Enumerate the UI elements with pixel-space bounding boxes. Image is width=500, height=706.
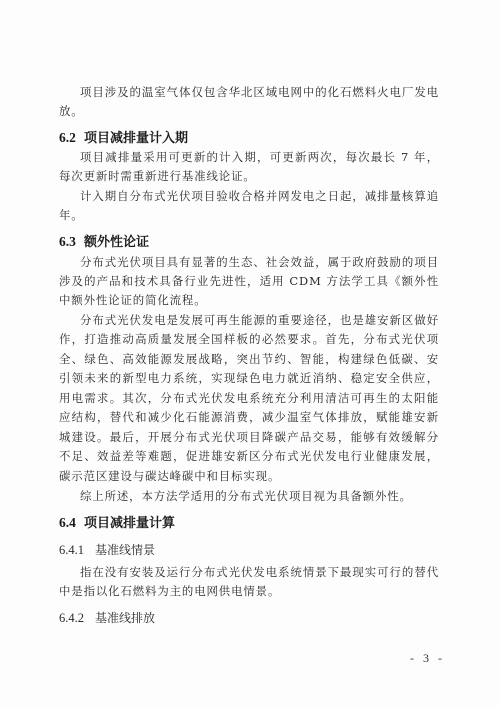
paragraph-line: 碳示范区建设与碳达峰碳中和目标实现。 bbox=[59, 469, 439, 483]
section-title: 项目减排量计入期 bbox=[84, 131, 188, 146]
paragraph-line: 用电需求。其次，分布式光伏发电系统充分利用清洁可再生的太阳能资源，优化能源供 bbox=[59, 391, 439, 405]
section-title: 基准线排放 bbox=[95, 611, 155, 625]
section-heading: 6.3额外性论证 bbox=[59, 234, 149, 251]
paragraph-line: 项目涉及的温室气体仅包含华北区域电网中的化石燃料火电厂发电产生的 CO2 排 bbox=[80, 85, 439, 99]
section-number: 6.4.1 bbox=[59, 542, 95, 558]
paragraph-line: 放。 bbox=[59, 104, 439, 118]
page-number: - 3 - bbox=[410, 651, 445, 666]
paragraph-line: 分布式光伏发电是发展可再生能源的重要途径，也是雄安新区做好碳达峰碳中和工 bbox=[80, 313, 439, 327]
text-segment: 项目涉及的温室气体仅包含华北区域电网中的化石燃料火电厂发电产生的 CO bbox=[80, 85, 439, 99]
paragraph-line: 项目减排量采用可更新的计入期，可更新两次，每次最长 7 年，最多计入 21 年； bbox=[80, 150, 439, 164]
paragraph-line: 指在没有安装及运行分布式光伏发电系统情景下最现实可行的替代情景。本方法学 bbox=[80, 565, 439, 579]
section-number: 6.3 bbox=[59, 234, 84, 250]
paragraph-line: 中额外性论证的简化流程。 bbox=[59, 293, 439, 307]
paragraph-line: 作，打造推动高质量发展全国样板的必然要求。首先，分布式光伏项目建设落实新区安 bbox=[59, 332, 439, 346]
section-heading: 6.4项目减排量计算 bbox=[59, 515, 175, 532]
section-title: 额外性论证 bbox=[84, 235, 149, 250]
section-number: 6.2 bbox=[59, 130, 84, 146]
paragraph-line: 综上所述，本方法学适用的分布式光伏项目视为具备额外性。 bbox=[80, 489, 439, 503]
document-page: 项目涉及的温室气体仅包含华北区域电网中的化石燃料火电厂发电产生的 CO2 排放。… bbox=[0, 0, 500, 706]
paragraph-line: 分布式光伏项目具有显著的生态、社会效益，属于政府鼓励的项目类型范畴，项目 bbox=[80, 255, 439, 269]
section-title: 项目减排量计算 bbox=[84, 516, 175, 531]
subsection-heading: 6.4.2基准线排放 bbox=[59, 610, 155, 626]
paragraph-line: 每次更新时需重新进行基准线论证。 bbox=[59, 169, 439, 183]
paragraph-line: 应结构，替代和减少化石能源消费，减少温室气体排放，赋能雄安新区绿色低碳示范新 bbox=[59, 410, 439, 424]
section-number: 6.4 bbox=[59, 515, 84, 531]
subsection-heading: 6.4.1基准线情景 bbox=[59, 542, 155, 558]
paragraph-line: 中是指以化石燃料为主的电网供电情景。 bbox=[59, 584, 439, 598]
paragraph-line: 城建设。最后，开展分布式光伏项目降碳产品交易，能够有效缓解分布式光伏发电补贴 bbox=[59, 430, 439, 444]
paragraph-line: 年。 bbox=[59, 208, 439, 222]
paragraph-line: 涉及的产品和技术具备行业先进性，适用 CDM 方法学工具《额外性论证与评价工具》 bbox=[59, 274, 439, 288]
paragraph-line: 计入期自分布式光伏项目验收合格并网发电之日起，减排量核算追溯期不得超过 5 bbox=[80, 189, 439, 203]
paragraph-line: 引领未来的新型电力系统，实现绿色电力就近消纳、稳定安全供应，助力新区建设发展 bbox=[59, 371, 439, 385]
paragraph-line: 全、绿色、高效能源发展战略，突出节约、智能，构建绿色低碳、安全高效、智慧友好、 bbox=[59, 352, 439, 366]
paragraph-line: 不足、效益差等难题，促进雄安新区分布式光伏发电行业健康发展，推进雄安新区近零 bbox=[59, 449, 439, 463]
section-title: 基准线情景 bbox=[95, 543, 155, 557]
section-heading: 6.2项目减排量计入期 bbox=[59, 130, 188, 147]
section-number: 6.4.2 bbox=[59, 610, 95, 626]
